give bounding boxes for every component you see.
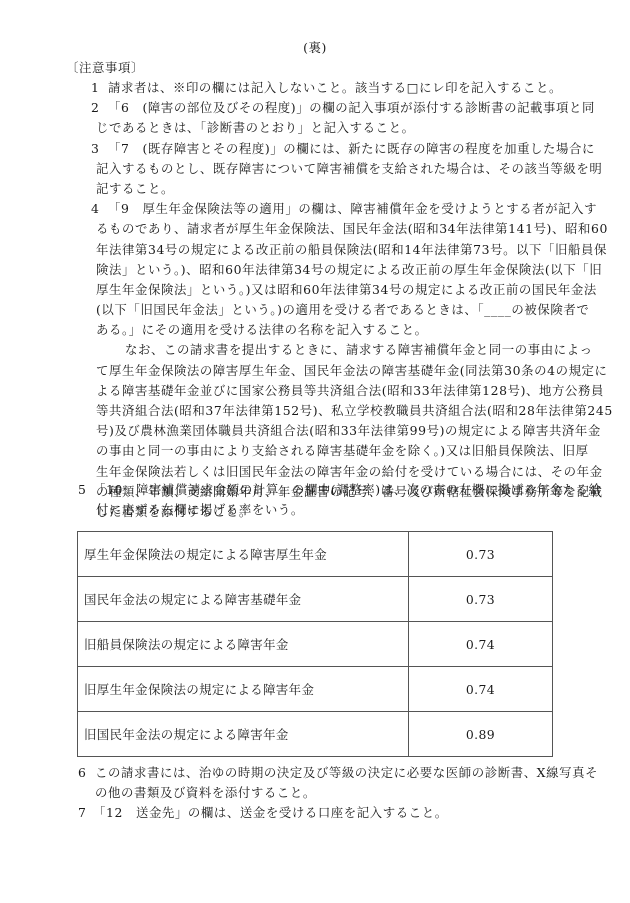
item-text: 記入するものとし、既存障害について障害補償を支給された場合は、その該当等級を明 <box>96 159 602 179</box>
rate-cell: 0.89 <box>409 712 553 757</box>
pension-type-cell: 旧国民年金法の規定による障害年金 <box>78 712 409 757</box>
item-text: 等共済組合法(昭和37年法律第152号)、私立学校教職員共済組合法(昭和28年法… <box>96 401 613 421</box>
item-text: 記すること。 <box>96 179 174 199</box>
item-text: 「9 厚生年金保険法等の適用」の欄は、障害補償年金を受けようとする者が記入す <box>108 199 597 219</box>
item-number: 3 <box>91 139 99 159</box>
rate-cell: 0.73 <box>409 577 553 622</box>
table-row: 旧厚生年金保険法の規定による障害年金 0.74 <box>78 667 553 712</box>
item-number: 7 <box>78 803 86 823</box>
item-text: 「7 (既存障害とその程度)」の欄には、新たに既存の障害の程度を加重した場合に <box>108 139 595 159</box>
page-side-title: (裏) <box>0 38 630 58</box>
item-number: 4 <box>91 199 99 219</box>
table-row: 旧国民年金法の規定による障害年金 0.89 <box>78 712 553 757</box>
rate-cell: 0.74 <box>409 667 553 712</box>
rate-cell: 0.74 <box>409 622 553 667</box>
item-text: じであるときは、「診断書のとおり」と記入すること。 <box>96 118 415 138</box>
item-number: 1 <box>91 78 99 98</box>
table-row: 国民年金法の規定による障害基礎年金 0.73 <box>78 577 553 622</box>
item-text: 請求者は、※印の欄には記入しないこと。該当する□にレ印を記入すること。 <box>108 78 562 98</box>
item-text: 付に応ずる右欄に掲げる率をいう。 <box>96 500 304 520</box>
item-text: なお、この請求書を提出するときに、請求する障害補償年金と同一の事由によっ <box>125 340 593 360</box>
notes-heading: 〔注意事項〕 <box>66 58 144 78</box>
item-text: この請求書には、治ゆの時期の決定及び等級の決定に必要な医師の診断書、X線写真そ <box>95 763 598 783</box>
item-number: 5 <box>78 480 86 500</box>
rate-cell: 0.73 <box>409 532 553 577</box>
item-text: よる障害基礎年金並びに国家公務員等共済組合法(昭和33年法律第128号)、地方公… <box>96 381 604 401</box>
item-text: 「12 送金先」の欄は、送金を受ける口座を記入すること。 <box>93 803 448 823</box>
item-text: 号)及び農林漁業団体職員共済組合法(昭和33年法律第99号)の規定による障害共済… <box>96 421 601 441</box>
pension-type-cell: 厚生年金保険法の規定による障害厚生年金 <box>78 532 409 577</box>
item-text: 厚生年金保険法」という。)又は昭和60年法律第34号の規定による改正前の国民年金… <box>96 280 597 300</box>
item-number: 2 <box>91 98 99 118</box>
item-text: の他の書類及び資料を添付すること。 <box>95 783 316 803</box>
item-text: 年法律第34号の規定による改正前の船員保険法(昭和14年法律第73号。以下「旧船… <box>96 240 607 260</box>
item-text: て厚生年金保険法の障害厚生年金、国民年金法の障害基礎年金(同法第30条の4の規定… <box>96 361 608 381</box>
item-text: 険法」という。)、昭和60年法律第34号の規定による改正前の厚生年金保険法(以下… <box>96 260 602 280</box>
table-row: 旧船員保険法の規定による障害年金 0.74 <box>78 622 553 667</box>
item-text: 「10 障害補償請求金額の計算」の欄中(調整率)は、次の表の左欄に掲げる年金たる… <box>93 480 602 500</box>
item-text: るものであり、請求者が厚生年金保険法、国民年金法(昭和34年法律第141号)、昭… <box>96 219 608 239</box>
item-number: 6 <box>78 763 86 783</box>
pension-type-cell: 国民年金法の規定による障害基礎年金 <box>78 577 409 622</box>
item-text: (以下「旧国民年金法」という。)の適用を受ける者であるときは、「____の被保険… <box>96 300 589 320</box>
item-text: の事由と同一の事由により支給される障害基礎年金を除く。)又は旧船員保険法、旧厚 <box>96 441 589 461</box>
adjustment-rate-table: 厚生年金保険法の規定による障害厚生年金 0.73 国民年金法の規定による障害基礎… <box>77 531 553 757</box>
item-text: 生年金保険法若しくは旧国民年金法の障害年金の給付を受けている場合には、その年金 <box>96 462 603 482</box>
item-text: 「6 (障害の部位及びその程度)」の欄の記入事項が添付する診断書の記載事項と同 <box>108 98 595 118</box>
pension-type-cell: 旧厚生年金保険法の規定による障害年金 <box>78 667 409 712</box>
document-page: (裏) 〔注意事項〕 1 請求者は、※印の欄には記入しないこと。該当する□にレ印… <box>0 0 630 903</box>
item-text: ある。」にその適用を受ける法律の名称を記入すること。 <box>96 320 428 340</box>
table-row: 厚生年金保険法の規定による障害厚生年金 0.73 <box>78 532 553 577</box>
pension-type-cell: 旧船員保険法の規定による障害年金 <box>78 622 409 667</box>
